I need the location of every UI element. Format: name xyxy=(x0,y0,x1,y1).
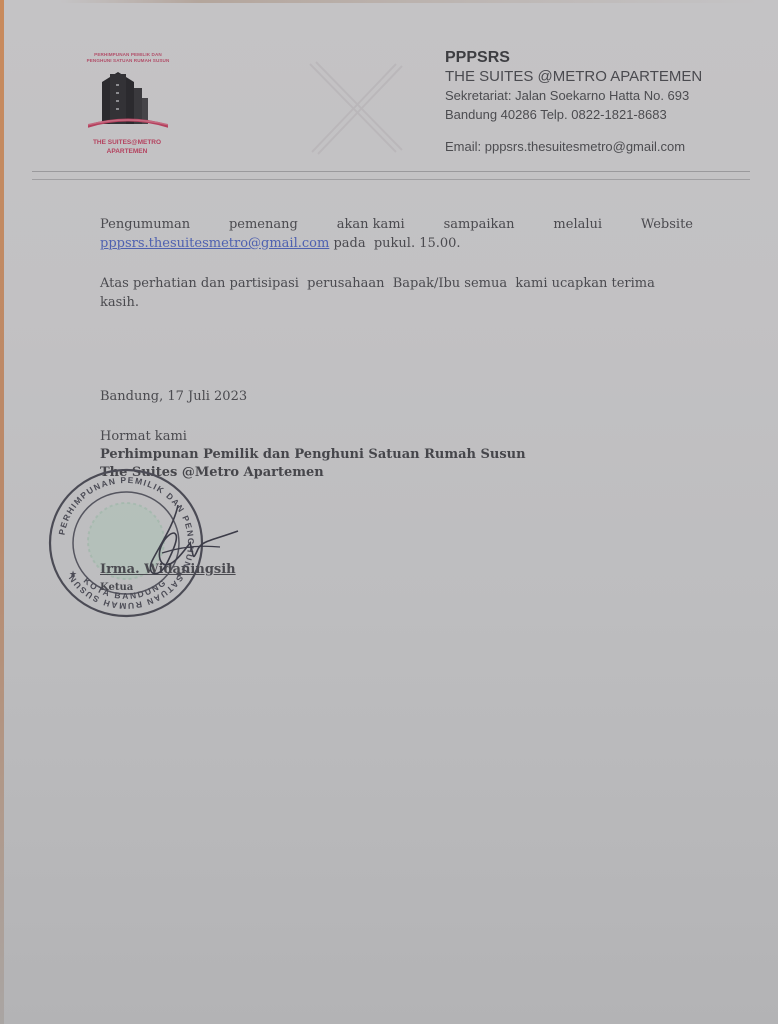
signer-title: Ketua xyxy=(100,581,133,595)
header-divider-bottom xyxy=(32,179,750,180)
thanks-paragraph: Atas perhatian dan partisipasi perusahaa… xyxy=(100,274,693,312)
org-email: Email: pppsrs.thesuitesmetro@gmail.com xyxy=(445,138,702,156)
org-acronym: PPPSRS xyxy=(445,48,702,67)
letter-page: PERHIMPUNAN PEMILIK DAN PENGHUNI SATUAN … xyxy=(0,0,778,1024)
announcement-line-1: Pengumuman pemenang akan kami sampaikan … xyxy=(100,215,693,234)
logo-bottom-line-2: APARTEMEN xyxy=(62,147,192,156)
logo-top-text: PERHIMPUNAN PEMILIK DAN PENGHUNI SATUAN … xyxy=(66,52,190,64)
closing-org-line1: Perhimpunan Pemilik dan Penghuni Satuan … xyxy=(100,446,693,464)
paper-top-shadow xyxy=(60,0,760,3)
logo-bottom-line-1: THE SUITES@METRO xyxy=(62,138,192,147)
apartment-building-logo-icon xyxy=(88,68,168,132)
paper-edge xyxy=(0,0,4,1024)
word: Pengumuman xyxy=(100,215,190,234)
word: sampaikan xyxy=(444,215,515,234)
header-divider-top xyxy=(32,171,750,172)
x-watermark-icon xyxy=(300,58,410,158)
word: pemenang xyxy=(229,215,298,234)
announcement-time: pada pukul. 15.00. xyxy=(329,236,460,251)
org-address-line1: Sekretariat: Jalan Soekarno Hatta No. 69… xyxy=(445,86,702,105)
announcement-line-2: pppsrs.thesuitesmetro@gmail.com pada puk… xyxy=(100,234,693,253)
word: akan kami xyxy=(337,215,405,234)
svg-text:★: ★ xyxy=(69,569,77,579)
letterhead-info: PPPSRS THE SUITES @METRO APARTEMEN Sekre… xyxy=(445,48,702,156)
organization-logo: PERHIMPUNAN PEMILIK DAN PENGHUNI SATUAN … xyxy=(62,52,192,164)
email-link[interactable]: pppsrs.thesuitesmetro@gmail.com xyxy=(100,236,329,251)
org-address-line2: Bandung 40286 Telp. 0822-1821-8683 xyxy=(445,105,702,124)
signature-icon xyxy=(140,505,240,585)
logo-top-line-2: PENGHUNI SATUAN RUMAH SUSUN xyxy=(66,58,190,64)
closing-salutation: Hormat kami xyxy=(100,428,693,446)
word: Website xyxy=(641,215,693,234)
letter-date: Bandung, 17 Juli 2023 xyxy=(100,388,693,406)
logo-bottom-text: THE SUITES@METRO APARTEMEN xyxy=(62,138,192,156)
org-name: THE SUITES @METRO APARTEMEN xyxy=(445,67,702,86)
word: melalui xyxy=(553,215,602,234)
announcement-paragraph: Pengumuman pemenang akan kami sampaikan … xyxy=(100,215,693,253)
